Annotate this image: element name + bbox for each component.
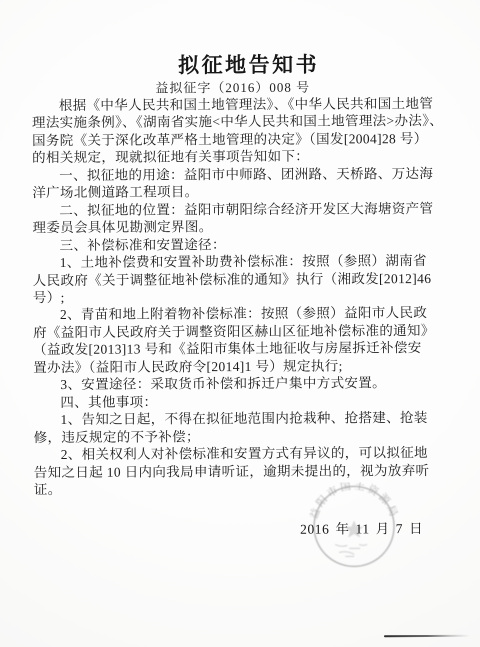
body-line: 理委员会具体见勘测定界图。 — [32, 217, 447, 237]
body-line: 的相关规定，现就拟征地有关事项告知如下： — [32, 147, 447, 167]
document-content: 拟征地告知书 益拟征字（2016）008 号 根据《中华人民共和国土地管理法》、… — [0, 0, 480, 647]
body-line: 修，违反规定的不予补偿； — [34, 427, 449, 447]
body-line: 2、青苗和地上附着物补偿标准：按照（参照）益阳市人民政 — [33, 304, 448, 324]
svg-text:益阳市国土资源局: 益阳市国土资源局 — [309, 482, 399, 521]
body-line: 四、其他事项： — [33, 392, 448, 412]
body-line: 洋广场北侧道路工程项目。 — [32, 182, 447, 202]
body-line: 府《益阳市人民政府关于调整资阳区赫山区征地补偿标准的通知》 — [33, 322, 448, 342]
document-number: 益拟征字（2016）008 号 — [0, 76, 479, 98]
body-line: （益政发[2013]13 号和《益阳市集体土地征收与房屋拆迁补偿安 — [33, 339, 448, 359]
seal-bottom-smudge — [335, 544, 367, 556]
body-line: 2、相关权利人对补偿标准和安置方式有异议的，可以拟征地 — [34, 444, 449, 464]
document-body: 根据《中华人民共和国土地管理法》、《中华人民共和国土地管理法实施条例》、《湖南省… — [32, 95, 449, 499]
body-line: 二、拟征地的位置：益阳市朝阳综合经济开发区大海塘资产管 — [32, 200, 447, 220]
document-date: 2016 年 11 月 7 日 — [300, 517, 423, 538]
body-line: 1、土地补偿费和安置补助费补偿标准：按照（参照）湖南省 — [33, 252, 448, 272]
body-line: 根据《中华人民共和国土地管理法》、《中华人民共和国土地管 — [32, 95, 447, 115]
body-line: 一、拟征地的用途：益阳市中师路、团洲路、天桥路、万达海 — [32, 165, 447, 185]
body-line: 3、安置途径：采取货币补偿和拆迁户集中方式安置。 — [33, 374, 448, 394]
body-line: 置办法》（益阳市人民政府令[2014]1 号）规定执行; — [33, 357, 448, 377]
body-line: 三、补偿标准和安置途径： — [33, 235, 448, 255]
seal-arc-text: 益阳市国土资源局 — [309, 482, 399, 521]
body-line: 人民政府《关于调整征地补偿标准的通知》执行（湘政发[2012]46 — [33, 269, 448, 289]
scanned-document-page: 拟征地告知书 益拟征字（2016）008 号 根据《中华人民共和国土地管理法》、… — [0, 0, 480, 647]
body-line: 国务院《关于深化改革严格土地管理的决定》（国发[2004]28 号） — [32, 130, 447, 150]
body-line: 号）; — [33, 287, 448, 307]
body-line: 1、告知之日起，不得在拟征地范围内抢栽种、抢搭建、抢装 — [33, 409, 448, 429]
body-line: 理法实施条例》、《湖南省实施<中华人民共和国土地管理法>办法》、 — [32, 112, 447, 132]
body-line: 告知之日起 10 日内向我局申请听证，逾期未提出的，视为放弃听 — [34, 461, 449, 481]
